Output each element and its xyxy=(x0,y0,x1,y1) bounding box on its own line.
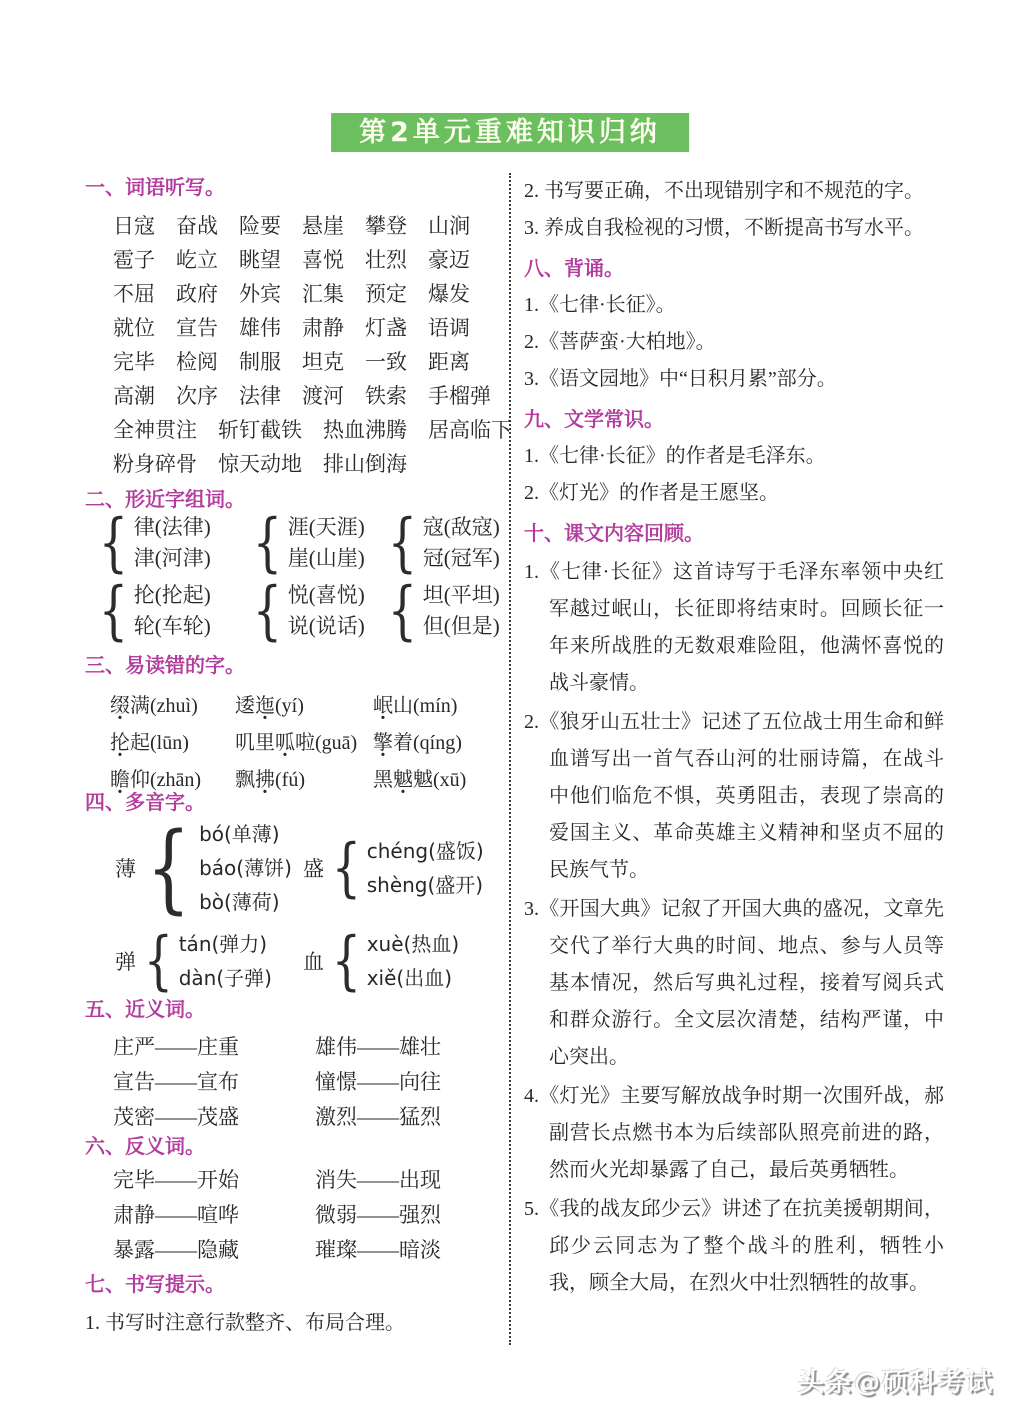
pronunciation-item: 岷山(mín) xyxy=(373,688,466,725)
synonym-pair: 雄伟——雄壮 xyxy=(315,1030,441,1065)
character-pair-group: 律(法律) 津(河津) xyxy=(93,512,247,574)
review-paragraph: 3.《开国大典》记叙了开国大典的盛况，文章先交代了举行大典的时间、地点、参与人员… xyxy=(524,891,944,1076)
literature-fact: 2.《灯光》的作者是王愿坚。 xyxy=(524,475,944,512)
review-paragraph: 1.《七律·长征》这首诗写于毛泽东率领中央红军越过岷山，长征即将结束时。回顾长征… xyxy=(524,554,944,702)
pair-top: 坦(平坦) xyxy=(423,580,500,611)
review-paragraph: 2.《狼牙山五壮士》记述了五位战士用生命和鲜血谱写出一首气吞山河的壮丽诗篇，在战… xyxy=(524,704,944,889)
pair-top: 律(法律) xyxy=(134,512,211,543)
polyphone-character: 盛 xyxy=(303,853,324,883)
section-8-heading: 八、背诵。 xyxy=(524,250,944,287)
worksheet-page: 第2单元重难知识归纳 一、词语听写。 日寇 奋战 险要 悬崖 攀登 山涧 雹子 … xyxy=(0,0,1020,1416)
recitation-item: 2.《菩萨蛮·大柏地》。 xyxy=(524,324,944,361)
antonym-pair: 消失——出现 xyxy=(315,1163,441,1198)
reading: xuè(热血) xyxy=(367,927,459,961)
synonym-pair: 茂密——茂盛 xyxy=(113,1100,315,1135)
pair-top: 涯(天涯) xyxy=(288,512,365,543)
section-1-heading: 一、词语听写。 xyxy=(85,174,225,200)
section-9-heading: 九、文学常识。 xyxy=(524,401,944,438)
word-row: 粉身碎骨 惊天动地 排山倒海 xyxy=(113,447,512,481)
polyphone-character: 血 xyxy=(303,946,324,976)
word-row: 不屈 政府 外宾 汇集 预定 爆发 xyxy=(113,277,512,311)
pair-bottom: 轮(车轮) xyxy=(134,611,211,642)
review-paragraph: 4.《灯光》主要写解放战争时期一次围歼战，郝副营长点燃书本为后续部队照亮前进的路… xyxy=(524,1078,944,1189)
character-pair-group: 坦(平坦) 但(但是) xyxy=(382,580,500,642)
section-7-heading: 七、书写提示。 xyxy=(85,1271,225,1297)
reading: dàn(子弹) xyxy=(179,961,272,995)
writing-tip-3: 3. 养成自我检视的习惯，不断提高书写水平。 xyxy=(524,210,944,247)
character-pair-group: 悦(喜悦) 说(说话) xyxy=(247,580,382,642)
synonym-pair: 憧憬——向往 xyxy=(315,1065,441,1100)
pair-bottom: 崖(山崖) xyxy=(288,543,365,574)
synonym-pair: 激烈——猛烈 xyxy=(315,1100,441,1135)
reading: báo(薄饼) xyxy=(199,851,292,885)
section-3-heading: 三、易读错的字。 xyxy=(85,652,245,678)
antonym-pair: 完毕——开始 xyxy=(113,1163,315,1198)
pronunciation-item: 擎着(qíng) xyxy=(373,725,466,762)
pronunciation-item: 黑魆魆(xū) xyxy=(373,762,466,799)
word-row: 就位 宣告 雄伟 肃静 灯盏 语调 xyxy=(113,311,512,345)
pair-top: 抡(抡起) xyxy=(134,580,211,611)
reading: bó(单薄) xyxy=(199,817,292,851)
character-pair-group: 涯(天涯) 崖(山崖) xyxy=(247,512,382,574)
reading: xiě(出血) xyxy=(367,961,459,995)
polyphone-character: 薄 xyxy=(115,853,136,883)
character-pair-group: 寇(敌寇) 冠(冠军) xyxy=(382,512,500,574)
pronunciation-item: 抡起(lūn) xyxy=(110,725,235,762)
polyphone-group: 血 xuè(热血) xiě(出血) xyxy=(303,927,484,995)
word-row: 日寇 奋战 险要 悬崖 攀登 山涧 xyxy=(113,209,512,243)
pair-bottom: 但(但是) xyxy=(423,611,500,642)
section-10-heading: 十、课文内容回顾。 xyxy=(524,515,944,552)
polyphone-group: 薄 bó(单薄) báo(薄饼) bò(薄荷) xyxy=(115,817,303,919)
word-row: 雹子 屹立 眺望 喜悦 壮烈 豪迈 xyxy=(113,243,512,277)
misread-characters: 缀满(zhuì) 逶迤(yí) 岷山(mín) 抡起(lūn) 叽里呱啦(guā… xyxy=(110,688,466,799)
synonym-pairs: 庄严——庄重 雄伟——雄壮 宣告——宣布 憧憬——向往 茂密——茂盛 激烈——猛… xyxy=(113,1030,441,1135)
word-row: 全神贯注 斩钉截铁 热血沸腾 居高临下 xyxy=(113,413,512,447)
polyphone-group: 弹 tán(弹力) dàn(子弹) xyxy=(115,927,303,995)
antonym-pair: 微弱——强烈 xyxy=(315,1198,441,1233)
character-pair-group: 抡(抡起) 轮(车轮) xyxy=(93,580,247,642)
antonym-pair: 璀璨——暗淡 xyxy=(315,1233,441,1268)
antonym-pair: 暴露——隐藏 xyxy=(113,1233,315,1268)
reading: shèng(盛开) xyxy=(367,868,484,902)
word-row: 完毕 检阅 制服 坦克 一致 距离 xyxy=(113,345,512,379)
pronunciation-item: 飘拂(fú) xyxy=(235,762,373,799)
reading: tán(弹力) xyxy=(179,927,272,961)
pronunciation-item: 逶迤(yí) xyxy=(235,688,373,725)
antonym-pair: 肃静——喧哗 xyxy=(113,1198,315,1233)
right-column: 2. 书写要正确，不出现错别字和不规范的字。 3. 养成自我检视的习惯，不断提高… xyxy=(524,173,944,1302)
dictation-word-list: 日寇 奋战 险要 悬崖 攀登 山涧 雹子 屹立 眺望 喜悦 壮烈 豪迈 不屈 政… xyxy=(113,209,512,481)
writing-tip-1: 1. 书写时注意行款整齐、布局合理。 xyxy=(85,1306,405,1335)
section-6-heading: 六、反义词。 xyxy=(85,1133,205,1159)
word-row: 高潮 次序 法律 渡河 铁索 手榴弹 xyxy=(113,379,512,413)
polyphone-character: 弹 xyxy=(115,946,136,976)
polyphone-group: 盛 chéng(盛饭) shèng(盛开) xyxy=(303,834,484,902)
antonym-pairs: 完毕——开始 消失——出现 肃静——喧哗 微弱——强烈 暴露——隐藏 璀璨——暗… xyxy=(113,1163,441,1268)
pair-bottom: 冠(冠军) xyxy=(423,543,500,574)
literature-fact: 1.《七律·长征》的作者是毛泽东。 xyxy=(524,438,944,475)
pronunciation-item: 叽里呱啦(guā) xyxy=(235,725,373,762)
pair-top: 悦(喜悦) xyxy=(288,580,365,611)
pair-bottom: 说(说话) xyxy=(288,611,365,642)
pronunciation-item: 缀满(zhuì) xyxy=(110,688,235,725)
similar-character-groups: 律(法律) 津(河津) 涯(天涯) 崖(山崖) 寇(敌寇) 冠(冠军) xyxy=(93,512,500,642)
reading: chéng(盛饭) xyxy=(367,834,484,868)
pair-bottom: 津(河津) xyxy=(134,543,211,574)
page-title: 第2单元重难知识归纳 xyxy=(331,113,689,152)
polyphone-groups: 薄 bó(单薄) báo(薄饼) bò(薄荷) 盛 chéng(盛饭) shèn… xyxy=(115,815,484,1001)
watermark: 头条@硕科考试 xyxy=(798,1362,994,1399)
writing-tip-2: 2. 书写要正确，不出现错别字和不规范的字。 xyxy=(524,173,944,210)
synonym-pair: 宣告——宣布 xyxy=(113,1065,315,1100)
review-paragraph: 5.《我的战友邱少云》讲述了在抗美援朝期间，邱少云同志为了整个战斗的胜利，牺牲小… xyxy=(524,1191,944,1302)
pair-top: 寇(敌寇) xyxy=(423,512,500,543)
recitation-item: 3.《语文园地》中“日积月累”部分。 xyxy=(524,361,944,398)
reading: bò(薄荷) xyxy=(199,885,292,919)
recitation-item: 1.《七律·长征》。 xyxy=(524,287,944,324)
section-5-heading: 五、近义词。 xyxy=(85,996,205,1022)
synonym-pair: 庄严——庄重 xyxy=(113,1030,315,1065)
left-column: 一、词语听写。 日寇 奋战 险要 悬崖 攀登 山涧 雹子 屹立 眺望 喜悦 壮烈… xyxy=(85,173,495,1416)
